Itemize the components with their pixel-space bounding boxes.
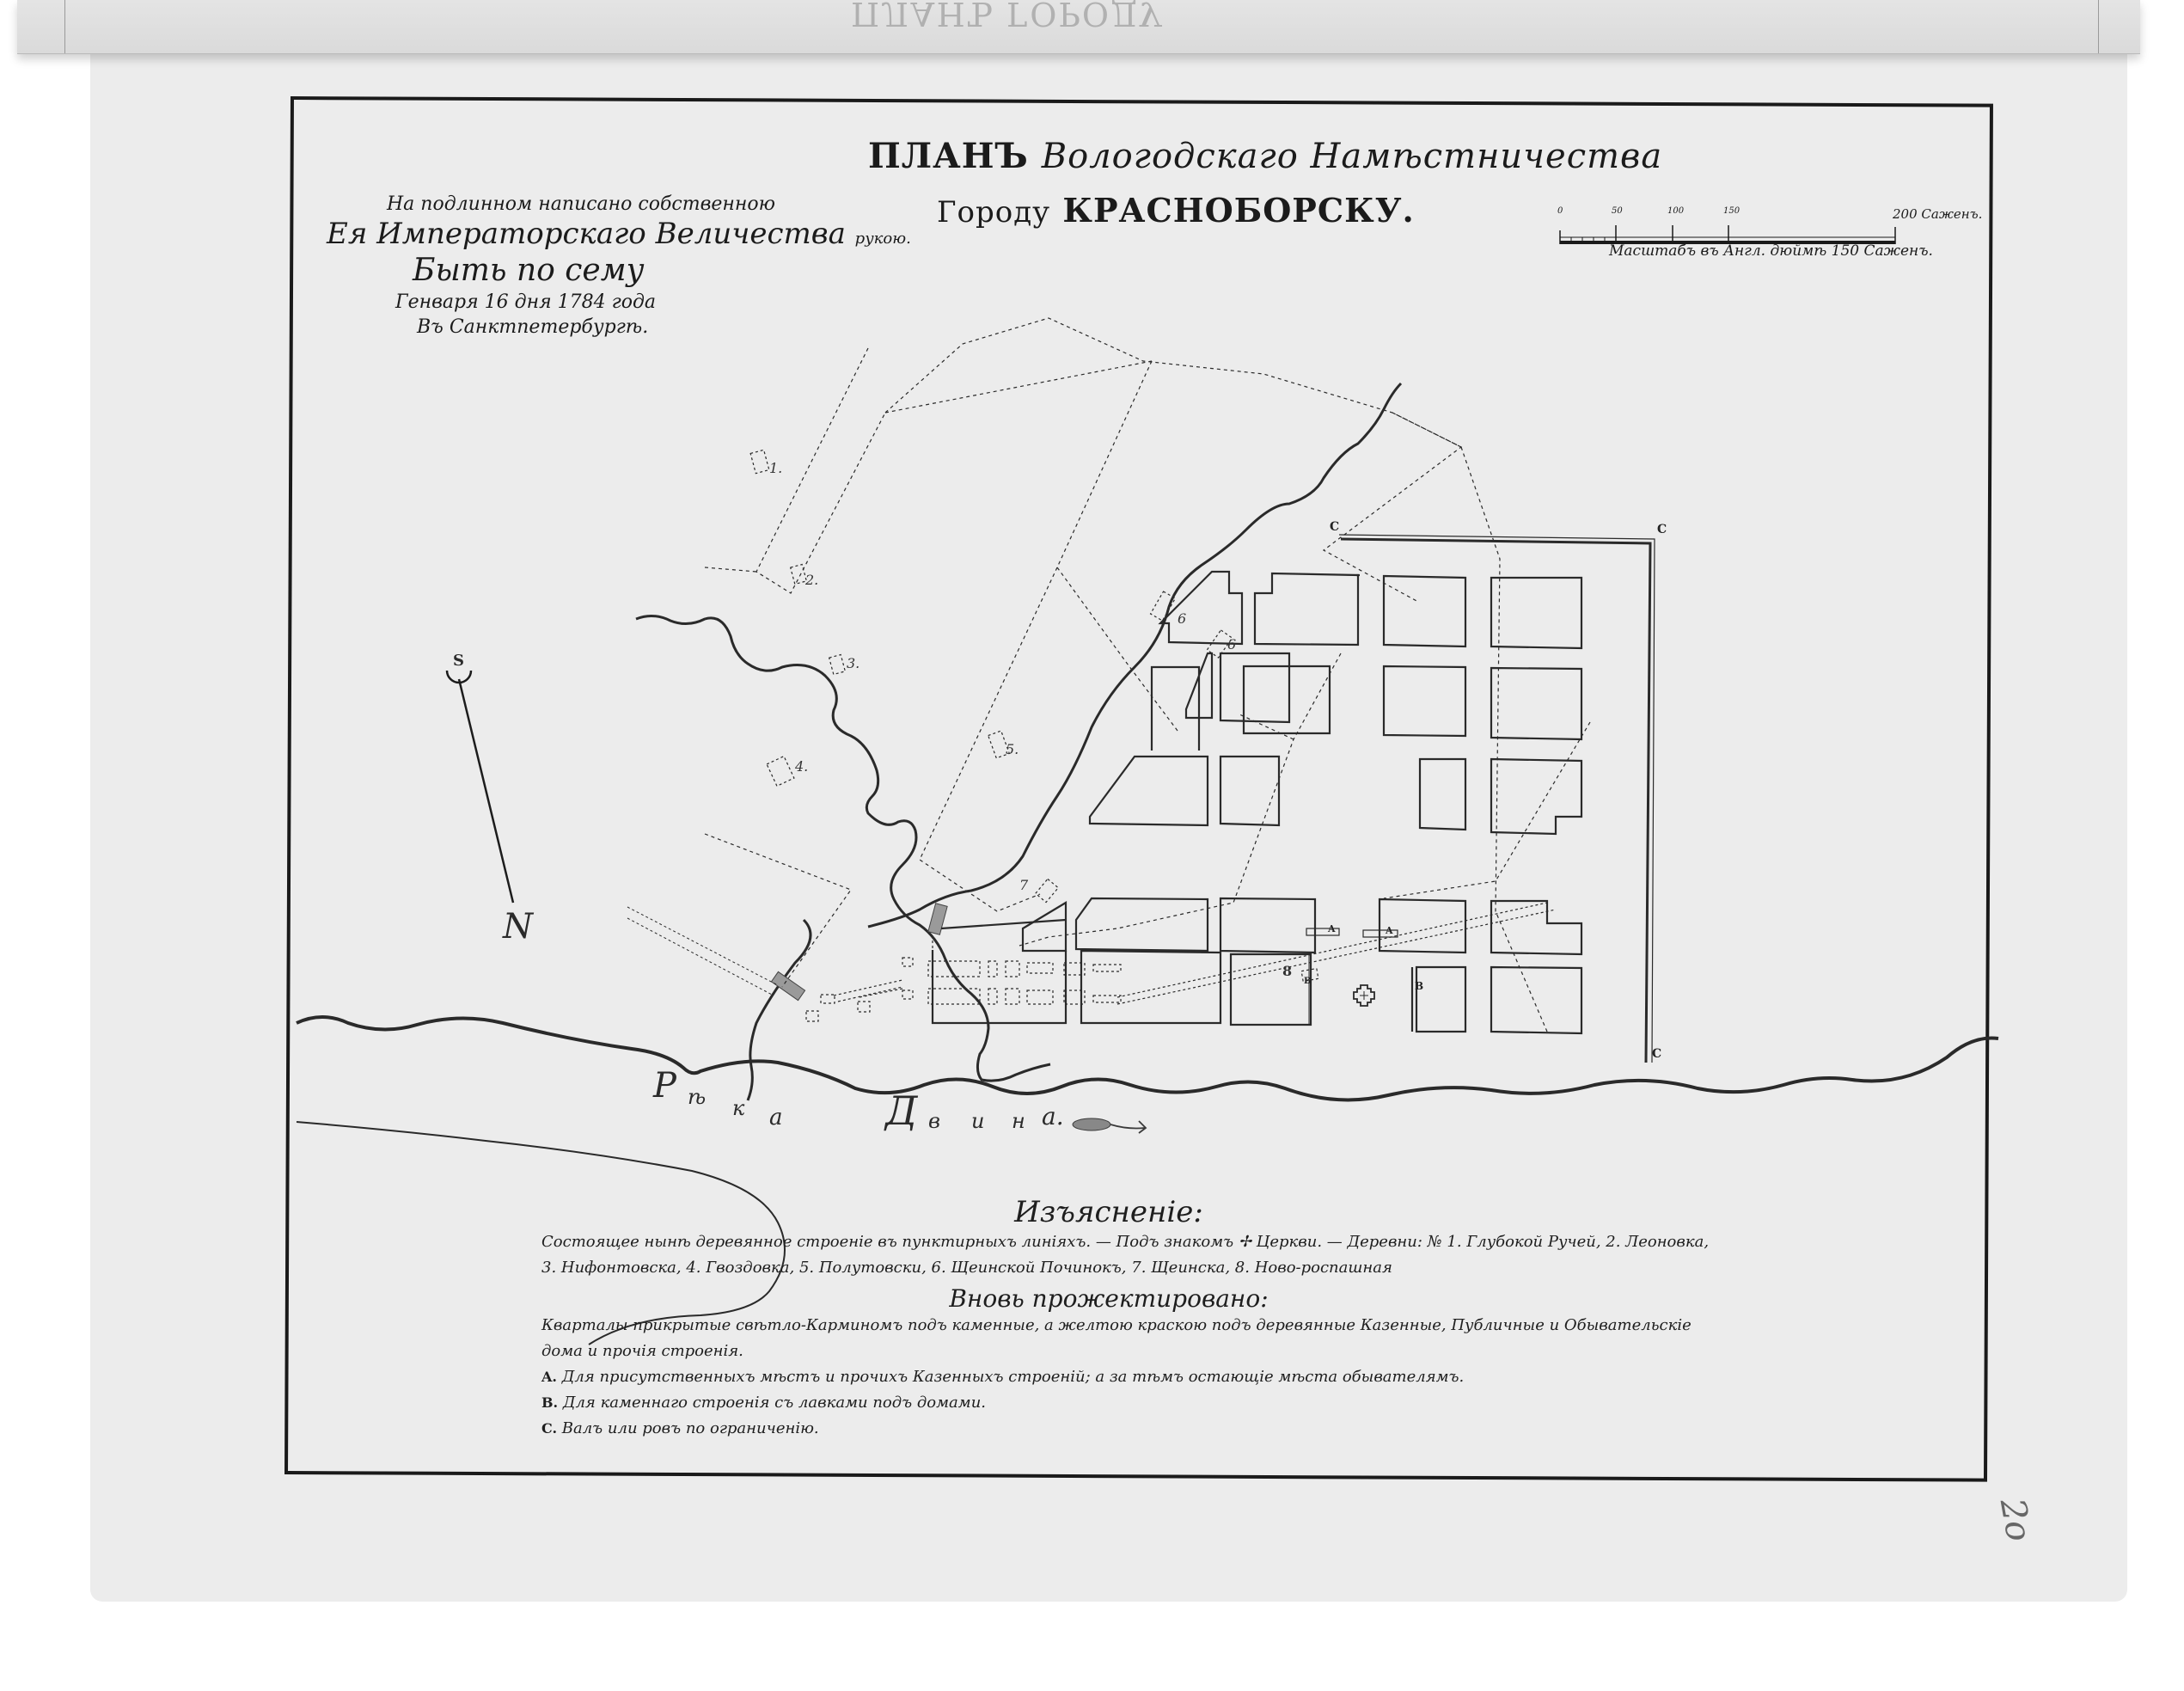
approval-line-3: Быть по сему [413,253,911,288]
scale-caption: Масштабъ въ Англ. дюймѣ 150 Саженъ. [1609,242,1933,260]
legend-existing-line-1: Состоящее нынѣ деревянное строеніе въ пу… [541,1229,1728,1255]
compass-needle [447,671,513,903]
river-letter: в [928,1109,940,1133]
scale-tick-100: 100 [1667,206,1684,216]
approval-place: Въ Санктпетербургѣ. [417,316,911,338]
river-letter: Р [653,1066,676,1106]
approval-date: Генваря 16 дня 1784 года [395,291,911,313]
legend-item-c: C. Валъ или ровъ по ограниченію. [541,1416,1728,1442]
river-letter: к [732,1096,744,1120]
river-letter: и [971,1109,984,1133]
rampart-marker-c-nw: C [1330,520,1339,534]
church-symbol-icon [1354,985,1374,1006]
existing-boundaries [705,318,1590,1032]
pencil-sheet-number: 2о [1992,1496,2039,1545]
scale-tick-0: 0 [1557,206,1563,216]
bridge-west [771,971,804,1000]
scale-end-label: 200 Саженъ. [1893,206,1982,222]
legend-item-text: Для каменнаго строенія съ лавками подъ д… [563,1394,986,1412]
title-governorate: Вологодскаго Намѣстничества [1042,137,1662,176]
legend-item-key: B. [541,1394,558,1411]
plot-label-7: 7 [1019,877,1028,893]
approval-line-1: На подлинном написано собственною [387,193,911,215]
legend-projected-line-1: Кварталы прикрытые свѣтло-Карминомъ подъ… [541,1313,1728,1339]
title-city-name: КРАСНОБОРСКУ. [1062,191,1414,230]
rampart-marker-c-ne: C [1657,523,1667,536]
plot-label-8: 8 [1282,963,1292,979]
plot-label-1: 1. [769,460,782,476]
title-plan-word: ПЛАНЪ [868,136,1029,176]
map-title-line-1: ПЛАНЪ Вологодскаго Намѣстничества [868,136,1662,176]
plot-marker-a-east: A [1386,925,1393,936]
compass-south-letter: S [453,652,464,670]
scale-tick-50: 50 [1612,206,1623,216]
river-letter: ѣ [688,1085,706,1109]
legend-projected-heading: Вновь прожектировано: [490,1284,1728,1313]
legend-projected-line-2: дома и прочія строенія. [541,1339,1728,1364]
plot-label-6b: 6 [1227,636,1236,653]
river-letter: а. [1042,1102,1064,1130]
bleed-through-text: ПЛАНЪ ГОРОДУ [851,0,1164,33]
compass-north-letter: N [503,907,533,947]
plot-label-2: 2. [805,572,818,588]
imperial-approval-inscription: На подлинном написано собственною Ея Имп… [309,193,911,338]
legend-item-text: Валъ или ровъ по ограниченію. [562,1419,819,1437]
legend-existing-line-2: 3. Нифонтовска, 4. Гвоздовка, 5. Полутов… [541,1255,1728,1281]
plot-label-5: 5. [1006,741,1019,757]
plot-marker-a-west: A [1328,923,1336,934]
map-legend: Изъясненіе: Состоящее нынѣ деревянное ст… [541,1195,1728,1442]
plot-marker-b-east: B [1415,980,1423,992]
title-city-prefix: Городу [937,195,1050,230]
creek-northeast [868,383,1401,927]
plot-marker-b-west: B [1304,977,1311,986]
legend-heading: Изъясненіе: [490,1195,1728,1229]
scale-bar-labels: 0 50 100 150 200 Саженъ. Масштабъ въ Анг… [1557,205,1918,273]
approval-line-2: Ея Императорскаго Величества рукою. [327,217,911,251]
bridge-east [928,904,947,934]
binding-strip: ПЛАНЪ ГОРОДУ [17,0,2140,54]
town-blocks [933,572,1581,1033]
river-bank-north [297,1017,1998,1100]
map-title-line-2: Городу КРАСНОБОРСКУ. [937,191,1415,230]
fish-current-arrow-icon [1073,1118,1146,1133]
rampart-marker-c-se: C [1652,1047,1661,1061]
legend-item-text: Для присутственныхъ мѣстъ и прочихъ Казе… [562,1368,1465,1386]
river-letter: Д [885,1088,917,1134]
plot-label-6a: 6 [1178,610,1186,627]
creek-mouth [748,920,811,1100]
legend-item-a: A. Для присутственныхъ мѣстъ и прочихъ К… [541,1364,1728,1390]
river-letter: н [1012,1109,1025,1133]
legend-item-key: A. [541,1369,557,1385]
legend-item-b: B. Для каменнаго строенія съ лавками под… [541,1390,1728,1416]
legend-item-key: C. [541,1420,557,1437]
approval-hand: рукою. [855,230,911,248]
scale-tick-150: 150 [1723,206,1740,216]
plot-label-3: 3. [847,655,860,671]
creek [636,616,1050,1081]
river-letter: а [769,1105,783,1130]
approval-majesty: Ея Императорскаго Величества [327,217,846,251]
plot-label-4: 4. [795,758,808,775]
